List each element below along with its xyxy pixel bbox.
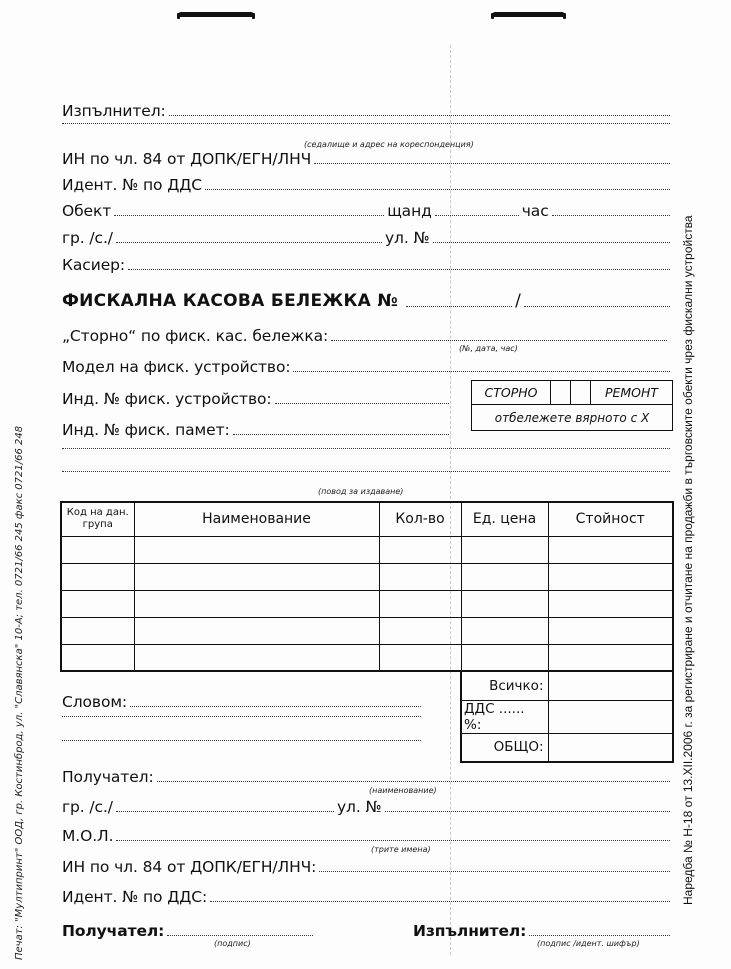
receipt-title: ФИСКАЛНА КАСОВА БЕЛЕЖКА № (62, 291, 398, 311)
cell-tax-group[interactable] (61, 590, 134, 617)
recipient-city-row: гр. /с./ ул. № (62, 798, 673, 816)
reason-field-1[interactable] (62, 448, 670, 449)
issuer-street-label: ул. № (385, 229, 430, 247)
table-row (61, 644, 673, 671)
in-words-field-3[interactable] (62, 740, 421, 741)
cell-name[interactable] (134, 536, 379, 563)
recipient-field[interactable] (157, 781, 670, 782)
recipient-vat-field[interactable] (210, 901, 670, 902)
recipient-city-field[interactable] (116, 811, 334, 812)
cashier-row: Касиер: (62, 256, 673, 274)
cell-unit-price[interactable] (461, 590, 548, 617)
signature-performer-field[interactable] (529, 935, 670, 936)
reason-row-1 (62, 448, 673, 453)
binding-mark-left (178, 12, 254, 17)
column-header-value: Стойност (548, 502, 673, 536)
cell-value[interactable] (548, 536, 673, 563)
total-all-label: Всичко: (461, 671, 548, 700)
object-field[interactable] (114, 215, 384, 216)
totals-row-vat: ДДС ...... %: (461, 700, 673, 733)
recipient-street-label: ул. № (337, 798, 382, 816)
cell-tax-group[interactable] (61, 563, 134, 590)
recipient-row: Получател: (62, 768, 673, 786)
cell-quantity[interactable] (379, 644, 461, 671)
cell-name[interactable] (134, 563, 379, 590)
total-vat-label: ДДС ...... %: (461, 700, 548, 733)
mark-instruction: отбележете вярното с X (472, 405, 672, 430)
mol-label: М.О.Л. (62, 827, 113, 845)
in-words-row: Словом: (62, 693, 424, 711)
column-header-name: Наименование (134, 502, 379, 536)
issuer-id-row: ИН по чл. 84 от ДОПК/ЕГН/ЛНЧ (62, 150, 673, 168)
issuer-vat-field[interactable] (205, 189, 670, 190)
table-row (61, 590, 673, 617)
cell-name[interactable] (134, 644, 379, 671)
cell-unit-price[interactable] (461, 644, 548, 671)
device-id-row: Инд. № фиск. устройство: (62, 390, 452, 408)
performer-row: Изпълнител: (62, 102, 673, 120)
in-words-label: Словом: (62, 693, 127, 711)
signature-recipient-hint: (подпис) (214, 939, 251, 948)
reason-hint: (повод за издаване) (318, 487, 403, 496)
device-model-label: Модел на фиск. устройство: (62, 358, 290, 376)
device-id-field[interactable] (275, 403, 449, 404)
signature-recipient-field[interactable] (167, 935, 313, 936)
receipt-number-suffix-field[interactable] (524, 306, 670, 307)
recipient-id-row: ИН по чл. 84 от ДОПК/ЕГН/ЛНЧ: (62, 858, 673, 876)
storno-receipt-label: „Сторно“ по фиск. кас. бележка: (62, 327, 328, 345)
receipt-separator: / (515, 291, 521, 311)
totals-row-total: ОБЩО: (461, 733, 673, 762)
cashier-label: Касиер: (62, 256, 125, 274)
cell-name[interactable] (134, 617, 379, 644)
issuer-city-field[interactable] (116, 242, 382, 243)
table-row (61, 563, 673, 590)
hour-label: час (522, 202, 549, 220)
repair-checkbox[interactable] (571, 381, 591, 404)
grand-total-value[interactable] (548, 733, 673, 762)
stand-label: щанд (387, 202, 432, 220)
receipt-number-field[interactable] (406, 306, 512, 307)
recipient-id-field[interactable] (319, 871, 670, 872)
device-id-label: Инд. № фиск. устройство: (62, 390, 272, 408)
cell-tax-group[interactable] (61, 617, 134, 644)
device-model-field[interactable] (293, 371, 670, 372)
performer-field[interactable] (169, 115, 670, 116)
storno-label: СТОРНО (472, 381, 551, 404)
recipient-vat-label: Идент. № по ДДС: (62, 888, 207, 906)
storno-receipt-row: „Сторно“ по фиск. кас. бележка: (62, 327, 670, 345)
cell-name[interactable] (134, 590, 379, 617)
binding-mark-right (492, 12, 565, 17)
recipient-id-label: ИН по чл. 84 от ДОПК/ЕГН/ЛНЧ: (62, 858, 316, 876)
cell-quantity[interactable] (379, 590, 461, 617)
storno-receipt-field[interactable] (331, 340, 667, 341)
reason-field-2[interactable] (62, 471, 670, 472)
reason-row-2 (62, 471, 673, 476)
cell-unit-price[interactable] (461, 563, 548, 590)
recipient-street-field[interactable] (385, 811, 671, 812)
recipient-city-label: гр. /с./ (62, 798, 113, 816)
mol-row: М.О.Л. (62, 827, 673, 845)
receipt-title-row: ФИСКАЛНА КАСОВА БЕЛЕЖКА № / (62, 291, 673, 311)
performer-address-hint: (седалище и адрес на кореспонденция) (304, 140, 474, 149)
cell-quantity[interactable] (379, 617, 461, 644)
signature-recipient-label: Получател: (62, 922, 164, 940)
issuer-street-field[interactable] (433, 242, 671, 243)
cell-quantity[interactable] (379, 563, 461, 590)
cell-quantity[interactable] (379, 536, 461, 563)
issuer-id-field[interactable] (314, 163, 670, 164)
totals-table: Всичко: ДДС ...... %: ОБЩО: (460, 670, 674, 763)
issuer-id-label: ИН по чл. 84 от ДОПК/ЕГН/ЛНЧ (62, 150, 311, 168)
stand-field[interactable] (435, 215, 519, 216)
column-header-quantity: Кол-во (379, 502, 461, 536)
repair-label: РЕМОНТ (591, 381, 672, 404)
cashier-field[interactable] (128, 269, 670, 270)
regulation-reference: Наредба № Н-18 от 13.XII.2006 г. за реги… (681, 145, 695, 905)
cell-unit-price[interactable] (461, 536, 548, 563)
issuer-vat-label: Идент. № по ДДС (62, 176, 202, 194)
signature-performer-hint: (подпис /идент. шифър) (537, 939, 640, 948)
cell-value[interactable] (548, 617, 673, 644)
table-row (61, 617, 673, 644)
signature-performer-label: Изпълнител: (413, 922, 526, 940)
cell-value[interactable] (548, 590, 673, 617)
storno-receipt-hint: (№, дата, час) (459, 344, 518, 353)
items-header-row: Код на дан. група Наименование Кол-во Ед… (61, 502, 673, 536)
signature-performer-row: Изпълнител: (413, 922, 673, 940)
cell-tax-group[interactable] (61, 536, 134, 563)
object-row: Обект щанд час (62, 202, 673, 220)
performer-address-row (62, 123, 673, 128)
issuer-city-label: гр. /с./ (62, 229, 113, 247)
memory-id-label: Инд. № фиск. памет: (62, 421, 230, 439)
table-row (61, 536, 673, 563)
performer-label: Изпълнител: (62, 102, 166, 120)
in-words-row-2 (62, 716, 424, 721)
memory-id-row: Инд. № фиск. памет: (62, 421, 452, 439)
hour-field[interactable] (552, 215, 670, 216)
object-label: Обект (62, 202, 111, 220)
performer-address-field[interactable] (62, 123, 670, 124)
storno-checkbox[interactable] (551, 381, 571, 404)
cell-unit-price[interactable] (461, 617, 548, 644)
signature-recipient-row: Получател: (62, 922, 316, 940)
cell-value[interactable] (548, 563, 673, 590)
in-words-field-2[interactable] (62, 716, 421, 717)
mol-hint: (трите имена) (371, 845, 431, 854)
recipient-hint: (наименование) (369, 786, 437, 795)
issuer-city-row: гр. /с./ ул. № (62, 229, 673, 247)
in-words-row-3 (62, 740, 424, 745)
grand-total-label: ОБЩО: (461, 733, 548, 762)
mol-field[interactable] (116, 840, 670, 841)
memory-id-field[interactable] (233, 434, 449, 435)
issuer-vat-row: Идент. № по ДДС (62, 176, 673, 194)
cell-value[interactable] (548, 644, 673, 671)
column-header-tax-group: Код на дан. група (61, 502, 134, 536)
total-vat-value[interactable] (548, 700, 673, 733)
recipient-vat-row: Идент. № по ДДС: (62, 888, 673, 906)
recipient-label: Получател: (62, 768, 154, 786)
printer-info: Печат: "Мултипринт" ООД, гр. Костинброд,… (14, 330, 25, 960)
cell-tax-group[interactable] (61, 644, 134, 671)
storno-repair-box: СТОРНО РЕМОНТ отбележете вярното с X (471, 380, 673, 431)
device-model-row: Модел на фиск. устройство: (62, 358, 673, 376)
total-all-value[interactable] (548, 671, 673, 700)
items-table: Код на дан. група Наименование Кол-во Ед… (60, 501, 674, 672)
column-header-unit-price: Ед. цена (461, 502, 548, 536)
totals-row-all: Всичко: (461, 671, 673, 700)
in-words-field[interactable] (130, 706, 421, 707)
